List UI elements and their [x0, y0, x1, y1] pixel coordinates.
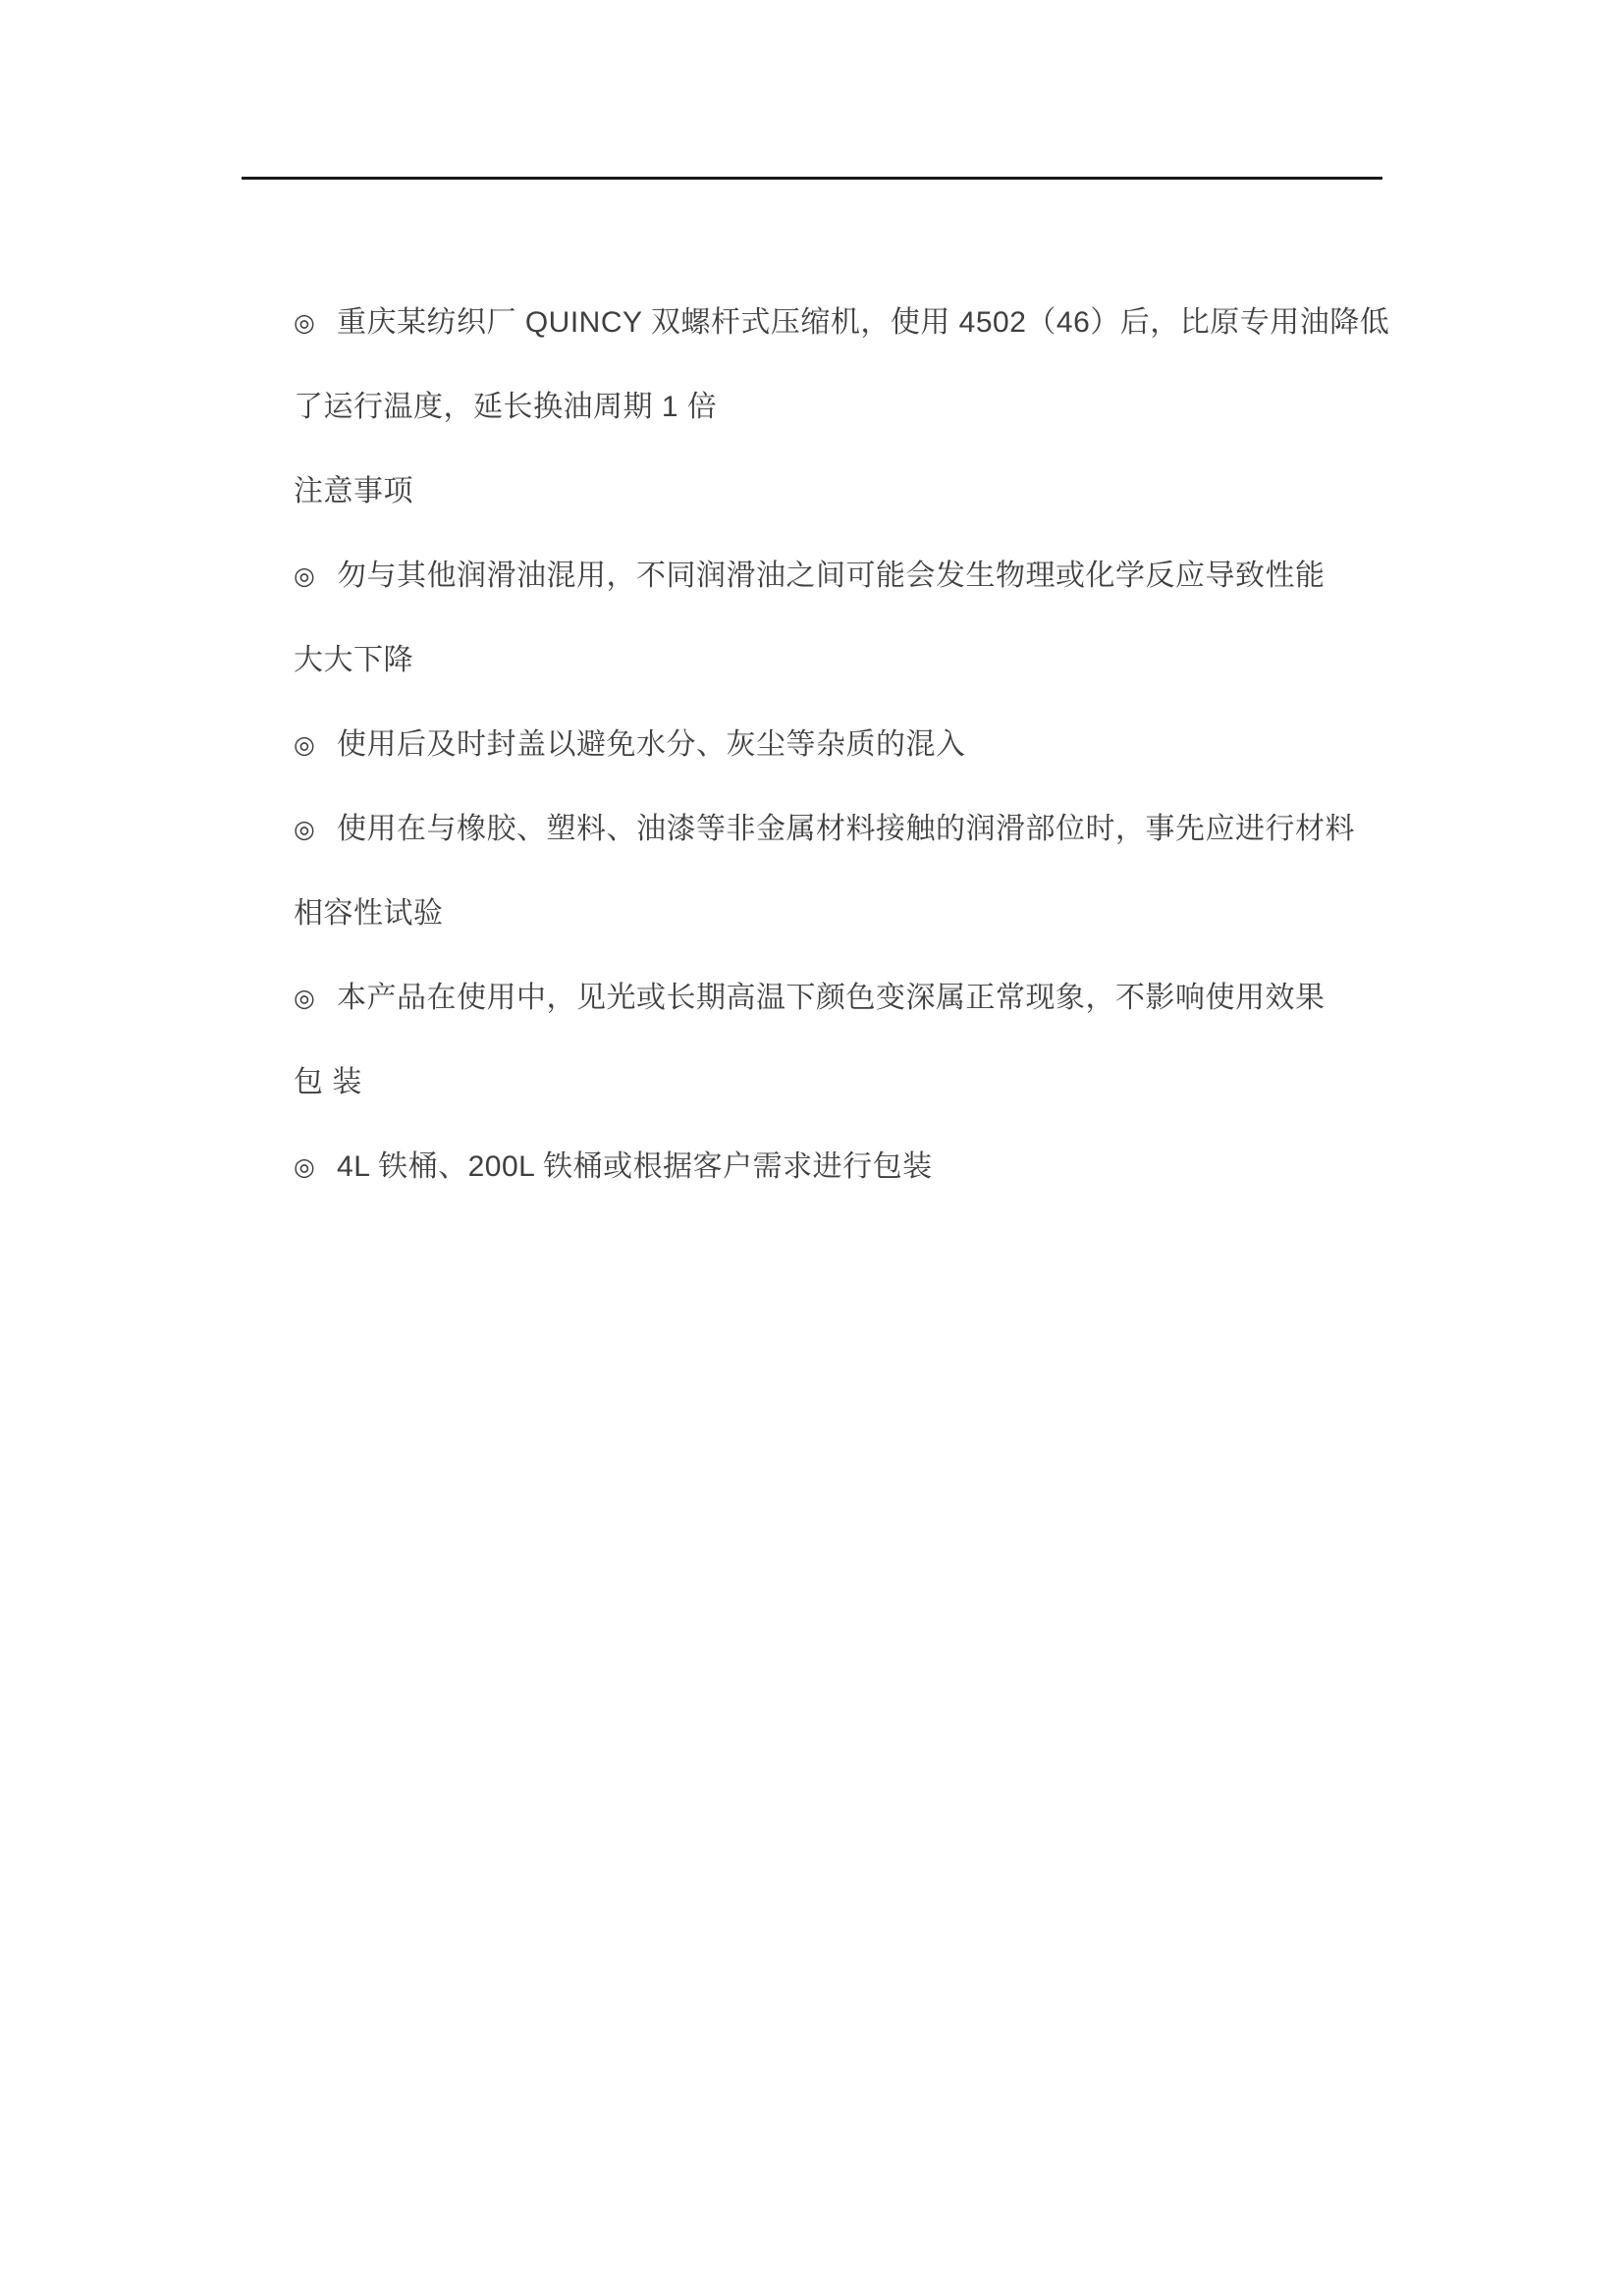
- heading-text: 注意事项: [294, 475, 413, 507]
- paragraph-text: 大大下降: [294, 644, 413, 676]
- paragraph-text: 本产品在使用中，见光或长期高温下颜色变深属正常现象，不影响使用效果: [337, 982, 1326, 1014]
- heading-text: 包 装: [294, 1066, 362, 1098]
- paragraph-text: 重庆某纺织厂 QUINCY 双螺杆式压缩机，使用 4502（46）后，比原专用油…: [337, 306, 1389, 339]
- bullseye-bullet-icon: ◎: [294, 956, 316, 1041]
- paragraph-text: 勿与其他润滑油混用，不同润滑油之间可能会发生物理或化学反应导致性能: [337, 560, 1326, 592]
- paragraph-text: 了运行温度，延长换油周期 1 倍: [294, 391, 717, 423]
- paragraph-seal-after-use: ◎使用后及时封盖以避免水分、灰尘等杂质的混入: [242, 618, 1390, 703]
- paragraph-no-mixing: ◎勿与其他润滑油混用，不同润滑油之间可能会发生物理或化学反应导致性能: [242, 450, 1390, 534]
- bullseye-bullet-icon: ◎: [294, 1125, 316, 1209]
- header-divider-rule: [242, 177, 1382, 180]
- bullseye-bullet-icon: ◎: [294, 703, 316, 787]
- document-content: ◎重庆某纺织厂 QUINCY 双螺杆式压缩机，使用 4502（46）后，比原专用…: [242, 196, 1390, 1125]
- paragraph-text: 使用在与橡胶、塑料、油漆等非金属材料接触的润滑部位时，事先应进行材料: [337, 813, 1355, 845]
- bullseye-bullet-icon: ◎: [294, 787, 316, 872]
- paragraph-text: 4L 铁桶、200L 铁桶或根据客户需求进行包装: [337, 1150, 933, 1183]
- paragraph-text: 相容性试验: [294, 897, 444, 930]
- bullseye-bullet-icon: ◎: [294, 534, 316, 618]
- paragraph-text: 使用后及时封盖以避免水分、灰尘等杂质的混入: [337, 728, 966, 761]
- document-page: ◎重庆某纺织厂 QUINCY 双螺杆式压缩机，使用 4502（46）后，比原专用…: [0, 0, 1624, 2296]
- paragraph-packaging-options: ◎4L 铁桶、200L 铁桶或根据客户需求进行包装: [242, 1041, 1390, 1125]
- bullseye-bullet-icon: ◎: [294, 281, 316, 365]
- paragraph-case-study: ◎重庆某纺织厂 QUINCY 双螺杆式压缩机，使用 4502（46）后，比原专用…: [242, 196, 1390, 281]
